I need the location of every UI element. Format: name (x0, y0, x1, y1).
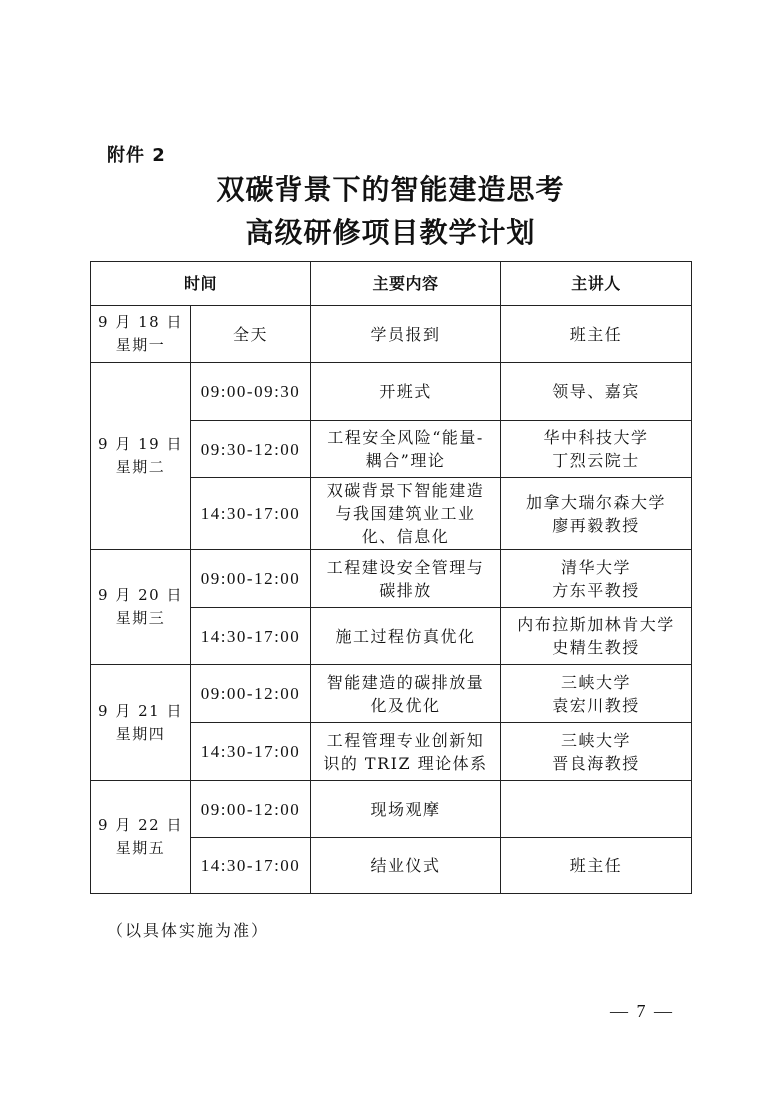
content-cell: 双碳背景下智能建造 与我国建筑业工业 化、信息化 (311, 478, 501, 550)
document-title-line2: 高级研修项目教学计划 (0, 211, 781, 251)
speaker-name: 方东平教授 (505, 579, 687, 602)
content-line: 碳排放 (315, 579, 496, 602)
content-cell: 学员报到 (311, 306, 501, 363)
time-cell: 14:30-17:00 (191, 478, 311, 550)
content-cell: 智能建造的碳排放量 化及优化 (311, 665, 501, 723)
date: 9 月 21 日 (95, 700, 186, 723)
content-line: 与我国建筑业工业 (315, 502, 496, 525)
content-line: 双碳背景下智能建造 (315, 479, 496, 502)
page-number: — 7 — (610, 1001, 674, 1022)
table-row: 9 月 20 日 星期三 09:00-12:00 工程建设安全管理与 碳排放 清… (91, 550, 692, 608)
table-row: 9 月 22 日 星期五 09:00-12:00 现场观摩 (91, 781, 692, 838)
table-row: 9 月 21 日 星期四 09:00-12:00 智能建造的碳排放量 化及优化 … (91, 665, 692, 723)
content-cell: 现场观摩 (311, 781, 501, 838)
speaker-cell: 华中科技大学 丁烈云院士 (501, 421, 692, 478)
weekday: 星期二 (95, 456, 186, 479)
speaker-name: 袁宏川教授 (505, 694, 687, 717)
date: 9 月 22 日 (95, 814, 186, 837)
weekday: 星期五 (95, 837, 186, 860)
speaker-cell: 内布拉斯加林肯大学 史精生教授 (501, 608, 692, 665)
speaker-institution: 清华大学 (505, 556, 687, 579)
attachment-label: 附件 2 (107, 141, 166, 167)
speaker-name: 丁烈云院士 (505, 449, 687, 472)
document-title-line1: 双碳背景下的智能建造思考 (0, 168, 781, 208)
header-content: 主要内容 (311, 262, 501, 306)
speaker-cell (501, 781, 692, 838)
date-cell: 9 月 22 日 星期五 (91, 781, 191, 894)
header-time: 时间 (91, 262, 311, 306)
speaker-cell: 三峡大学 袁宏川教授 (501, 665, 692, 723)
speaker-cell: 三峡大学 晋良海教授 (501, 723, 692, 781)
table-row: 9 月 18 日 星期一 全天 学员报到 班主任 (91, 306, 692, 363)
date-cell: 9 月 20 日 星期三 (91, 550, 191, 665)
content-cell: 结业仪式 (311, 838, 501, 894)
content-line: 工程安全风险“能量- (315, 426, 496, 449)
time-cell: 09:00-09:30 (191, 363, 311, 421)
content-line: 化及优化 (315, 694, 496, 717)
date-cell: 9 月 19 日 星期二 (91, 363, 191, 550)
speaker-cell: 清华大学 方东平教授 (501, 550, 692, 608)
content-line: 耦合”理论 (315, 449, 496, 472)
time-cell: 14:30-17:00 (191, 608, 311, 665)
speaker-institution: 内布拉斯加林肯大学 (505, 613, 687, 636)
time-cell: 09:30-12:00 (191, 421, 311, 478)
date: 9 月 19 日 (95, 433, 186, 456)
content-line: 化、信息化 (315, 525, 496, 548)
table-header-row: 时间 主要内容 主讲人 (91, 262, 692, 306)
time-cell: 09:00-12:00 (191, 781, 311, 838)
speaker-cell: 班主任 (501, 838, 692, 894)
speaker-institution: 加拿大瑞尔森大学 (505, 491, 687, 514)
speaker-cell: 加拿大瑞尔森大学 廖再毅教授 (501, 478, 692, 550)
content-cell: 工程管理专业创新知 识的 TRIZ 理论体系 (311, 723, 501, 781)
content-cell: 工程安全风险“能量- 耦合”理论 (311, 421, 501, 478)
date-cell: 9 月 21 日 星期四 (91, 665, 191, 781)
time-cell: 09:00-12:00 (191, 665, 311, 723)
content-line: 工程建设安全管理与 (315, 556, 496, 579)
content-cell: 开班式 (311, 363, 501, 421)
date: 9 月 18 日 (95, 311, 186, 334)
speaker-institution: 三峡大学 (505, 729, 687, 752)
content-cell: 工程建设安全管理与 碳排放 (311, 550, 501, 608)
speaker-cell: 班主任 (501, 306, 692, 363)
time-cell: 14:30-17:00 (191, 838, 311, 894)
speaker-institution: 华中科技大学 (505, 426, 687, 449)
content-line: 工程管理专业创新知 (315, 729, 496, 752)
time-cell: 14:30-17:00 (191, 723, 311, 781)
content-line: 识的 TRIZ 理论体系 (315, 752, 496, 775)
weekday: 星期四 (95, 723, 186, 746)
speaker-name: 史精生教授 (505, 636, 687, 659)
weekday: 星期一 (95, 334, 186, 357)
content-line: 智能建造的碳排放量 (315, 671, 496, 694)
date-cell: 9 月 18 日 星期一 (91, 306, 191, 363)
speaker-institution: 三峡大学 (505, 671, 687, 694)
table-row: 9 月 19 日 星期二 09:00-09:30 开班式 领导、嘉宾 (91, 363, 692, 421)
speaker-name: 晋良海教授 (505, 752, 687, 775)
time-cell: 09:00-12:00 (191, 550, 311, 608)
time-cell: 全天 (191, 306, 311, 363)
speaker-cell: 领导、嘉宾 (501, 363, 692, 421)
footnote: （以具体实施为准） (107, 918, 269, 941)
date: 9 月 20 日 (95, 584, 186, 607)
teaching-schedule-table: 时间 主要内容 主讲人 9 月 18 日 星期一 全天 学员报到 班主任 9 月… (90, 261, 692, 894)
weekday: 星期三 (95, 607, 186, 630)
header-speaker: 主讲人 (501, 262, 692, 306)
content-cell: 施工过程仿真优化 (311, 608, 501, 665)
speaker-name: 廖再毅教授 (505, 514, 687, 537)
